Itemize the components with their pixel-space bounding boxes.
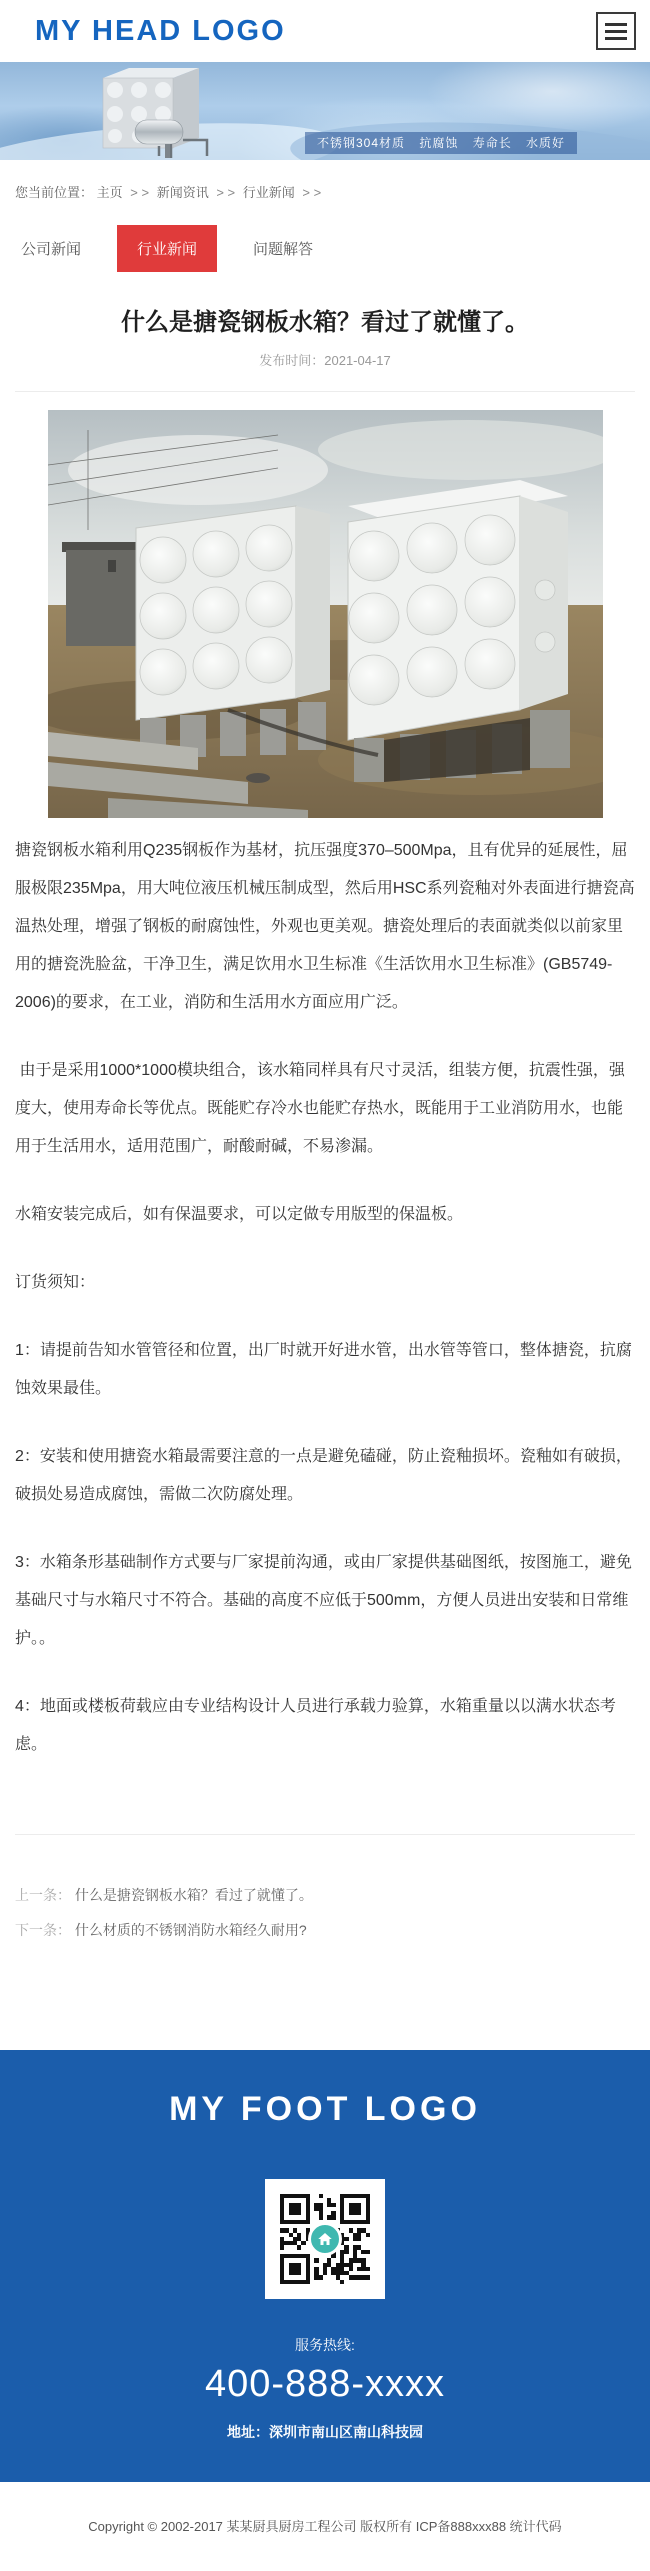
tab-industry-news[interactable]: 行业新闻 <box>117 225 217 272</box>
footer-qr-code <box>265 2179 385 2299</box>
article-paragraph: 水箱安装完成后，如有保温要求，可以定做专用版型的保温板。 <box>15 1196 635 1234</box>
tab-faq[interactable]: 问题解答 <box>247 225 319 272</box>
water-tank-illustration <box>95 64 220 160</box>
site-footer: MY FOOT LOGO 服务热线: 400-888-xxxx 地址：深圳市南山… <box>0 2050 650 2482</box>
breadcrumb-home-link[interactable]: 主页 <box>97 185 123 200</box>
hamburger-icon <box>605 23 627 26</box>
article-title: 什么是搪瓷钢板水箱？看过了就懂了。 <box>15 302 635 337</box>
article-paragraph: 4：地面或楼板荷载应由专业结构设计人员进行承载力验算，水箱重量以以满水状态考虑。 <box>15 1688 635 1764</box>
hero-banner: 不锈钢304材质 抗腐蚀 寿命长 水质好 <box>0 62 650 160</box>
banner-slogan: 不锈钢304材质 抗腐蚀 寿命长 水质好 <box>305 132 577 154</box>
breadcrumb-industry-link[interactable]: 行业新闻 <box>243 185 295 200</box>
article-paragraph: 1：请提前告知水管管径和位置，出厂时就开好进水管，出水管等管口，整体搪瓷，抗腐蚀… <box>15 1332 635 1408</box>
hamburger-menu-button[interactable] <box>596 12 636 50</box>
news-category-tabs: 公司新闻 行业新闻 问题解答 <box>15 225 635 272</box>
article-paragraph: 由于是采用1000*1000模块组合，该水箱同样具有尺寸灵活，组装方便，抗震性强… <box>15 1052 635 1166</box>
footer-address: 地址：深圳市南山区南山科技园 <box>0 2422 650 2442</box>
article-paragraph: 搪瓷钢板水箱利用Q235钢板作为基材，抗压强度370–500Mpa，且有优异的延… <box>15 832 635 1022</box>
tab-company-news[interactable]: 公司新闻 <box>15 225 87 272</box>
hotline-phone-number: 400-888-xxxx <box>0 2363 650 2406</box>
article-paragraph: 3：水箱条形基础制作方式要与厂家提前沟通，或由厂家提供基础图纸，按图施工，避免基… <box>15 1544 635 1658</box>
site-header: MY HEAD LOGO <box>0 0 650 62</box>
article-publish-date: 发布时间：2021-04-17 <box>0 350 650 369</box>
prev-article-row: 上一条： 什么是搪瓷钢板水箱？看过了就懂了。 <box>15 1885 635 1905</box>
article-body: 搪瓷钢板水箱利用Q235钢板作为基材，抗压强度370–500Mpa，且有优异的延… <box>0 832 650 1764</box>
article-photo <box>48 410 603 818</box>
footer-logo: MY FOOT LOGO <box>0 2090 650 2129</box>
header-logo[interactable]: MY HEAD LOGO <box>35 15 286 48</box>
hotline-label: 服务热线: <box>0 2335 650 2355</box>
divider <box>15 391 635 392</box>
breadcrumb: 您当前位置： 主页 > > 新闻资讯 > > 行业新闻 > > <box>15 182 635 201</box>
next-article-row: 下一条： 什么材质的不锈钢消防水箱经久耐用? <box>15 1920 635 1940</box>
copyright-bar: Copyright © 2002-2017 某某厨具厨房工程公司 版权所有 IC… <box>0 2482 650 2571</box>
qr-home-icon <box>308 2222 342 2256</box>
next-article-link[interactable]: 什么材质的不锈钢消防水箱经久耐用? <box>75 1922 307 1938</box>
prev-next-navigation: 上一条： 什么是搪瓷钢板水箱？看过了就懂了。 下一条： 什么材质的不锈钢消防水箱… <box>15 1885 635 1940</box>
breadcrumb-prefix: 您当前位置： <box>15 185 93 200</box>
article-paragraph: 2：安装和使用搪瓷水箱最需要注意的一点是避免磕碰，防止瓷釉损坏。瓷釉如有破损，破… <box>15 1438 635 1514</box>
article-paragraph: 订货须知： <box>15 1264 635 1302</box>
prev-label: 上一条： <box>15 1887 71 1903</box>
breadcrumb-news-link[interactable]: 新闻资讯 <box>157 185 209 200</box>
divider <box>15 1834 635 1835</box>
next-label: 下一条： <box>15 1922 71 1938</box>
prev-article-link[interactable]: 什么是搪瓷钢板水箱？看过了就懂了。 <box>75 1887 313 1903</box>
